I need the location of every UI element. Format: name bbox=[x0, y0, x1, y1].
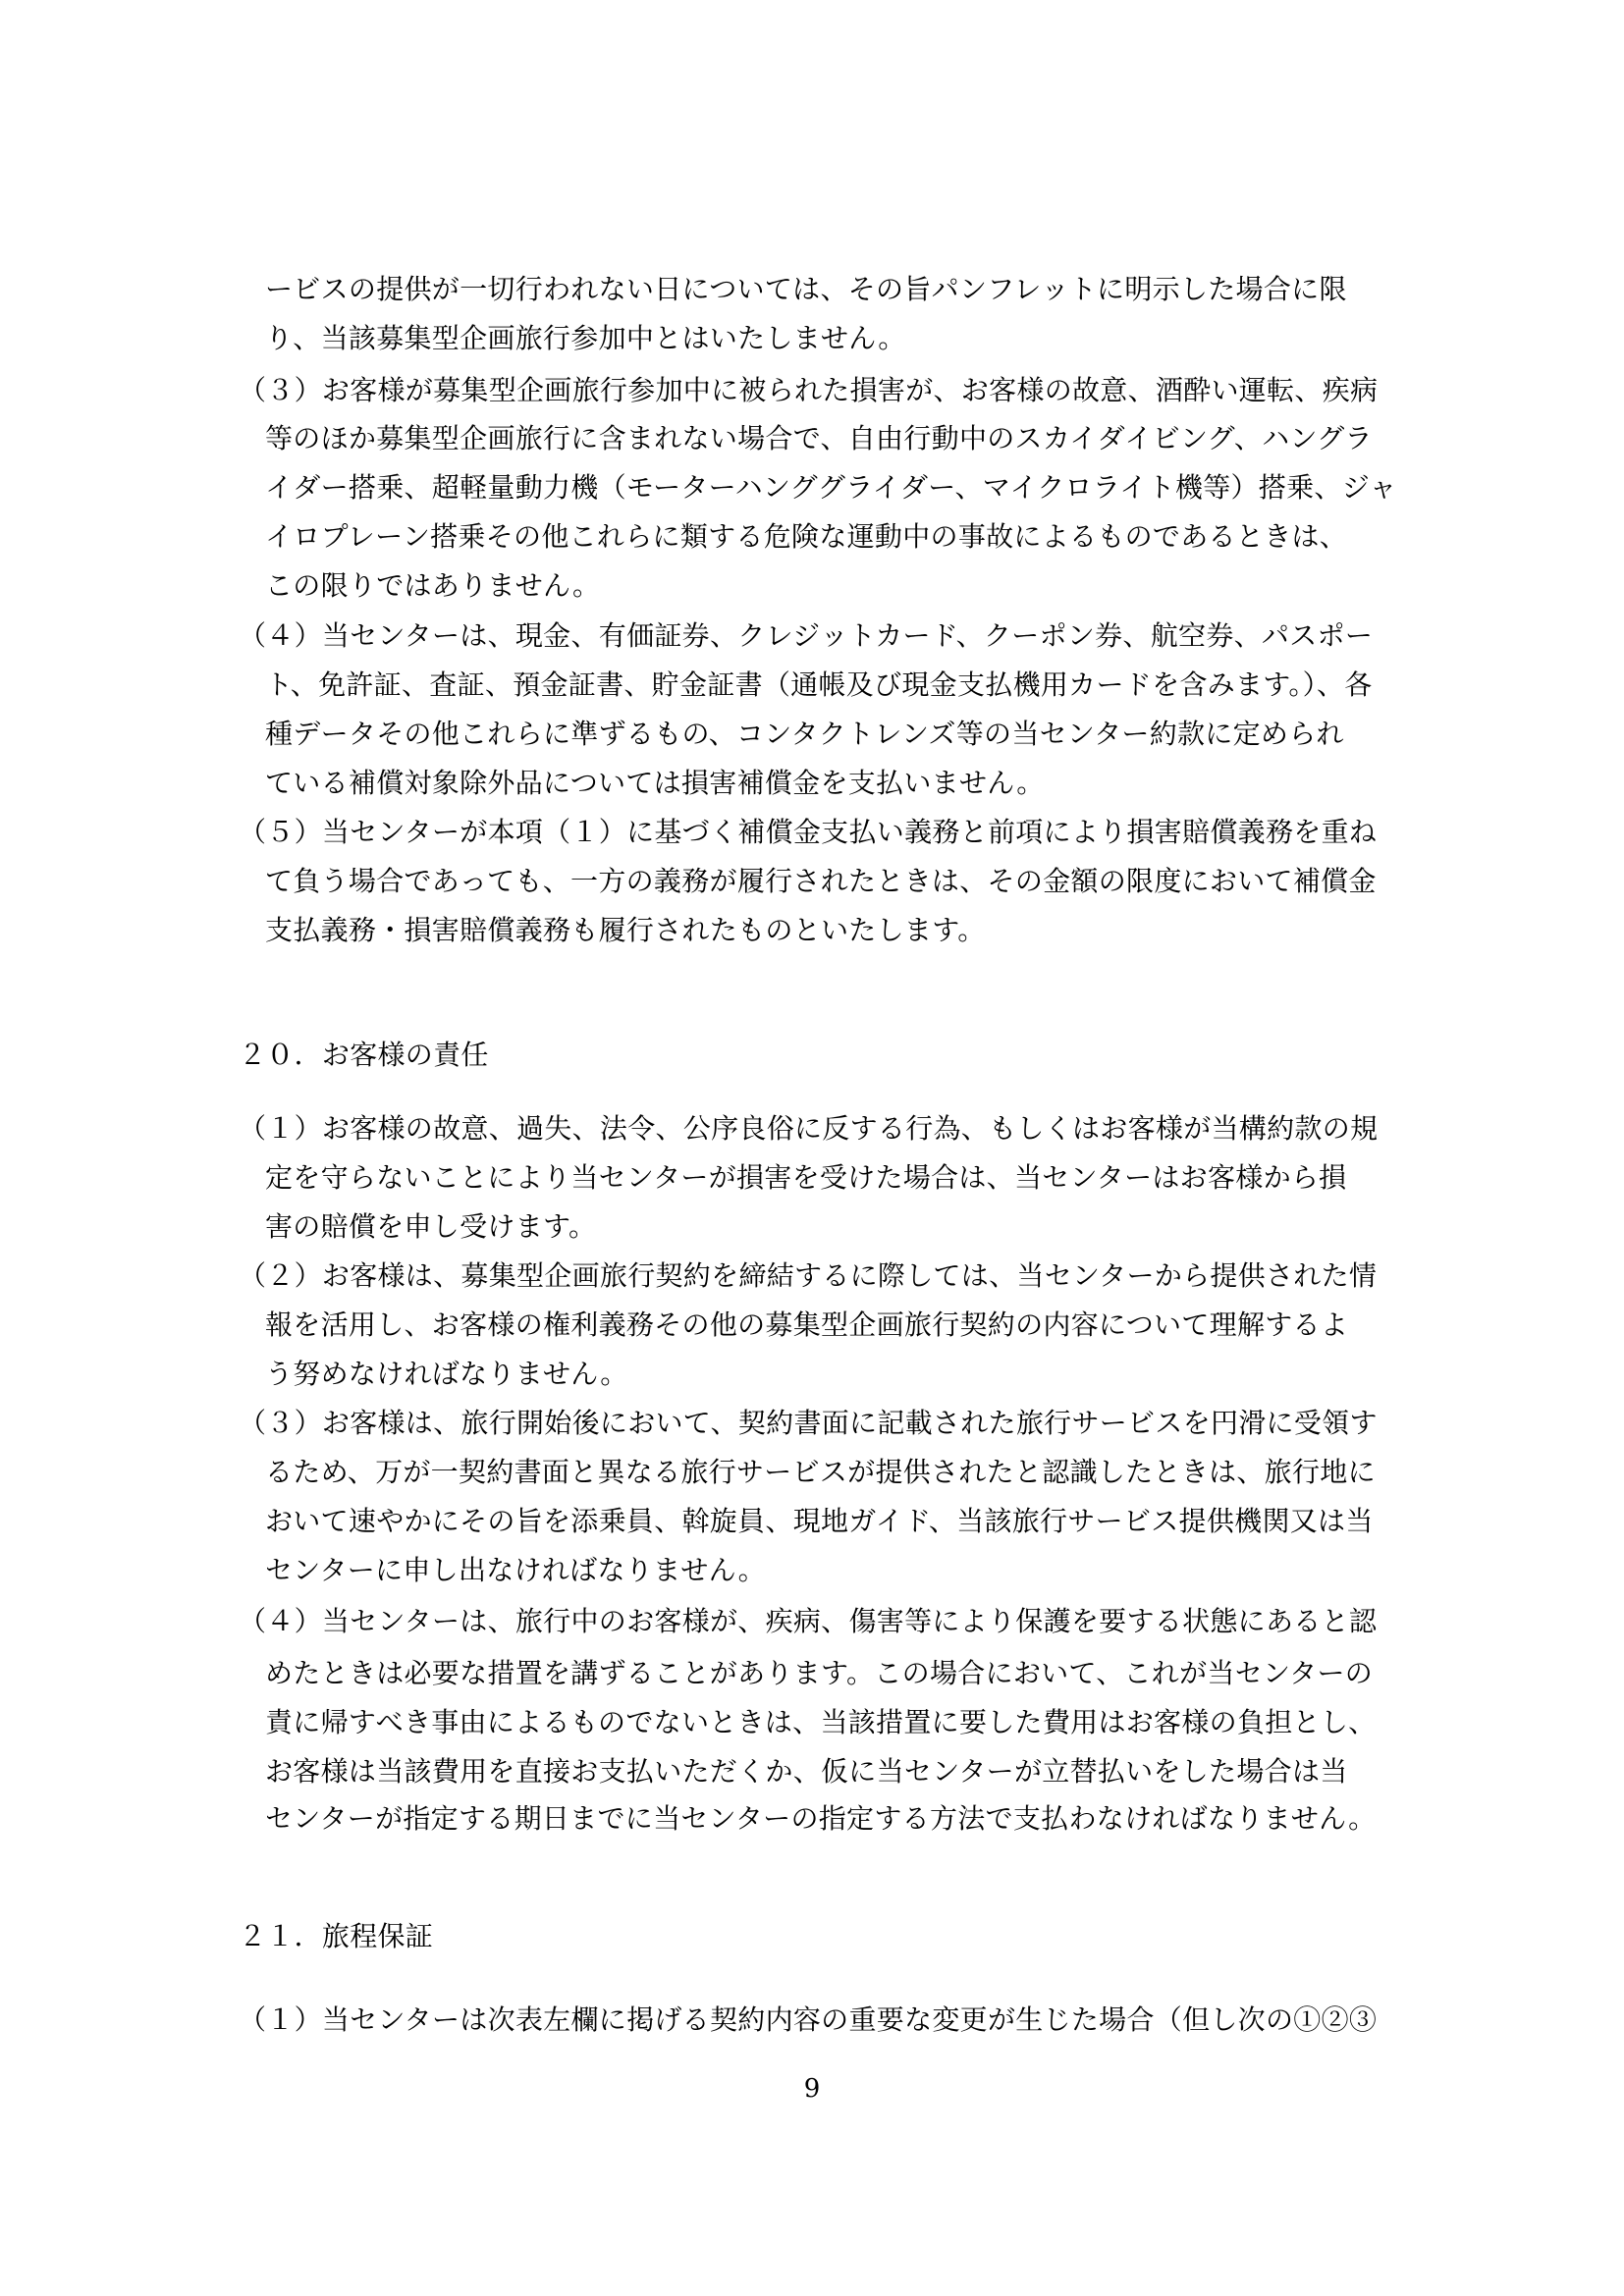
text-line: て負う場合であっても、一方の義務が履行されたときは、その金額の限度において補償金 bbox=[265, 865, 1377, 898]
text-line: 支払義務・損害賠償義務も履行されたものといたします。 bbox=[265, 914, 986, 947]
text-line: この限りではありません。 bbox=[265, 569, 600, 603]
text-line: センターに申し出なければなりません。 bbox=[265, 1554, 766, 1587]
text-line: う努めなければなりません。 bbox=[265, 1358, 628, 1391]
text-line: 責に帰すべき事由によるものでないときは、当該措置に要した費用はお客様の負担とし、 bbox=[265, 1706, 1376, 1739]
page-number: 9 bbox=[0, 2074, 1624, 2104]
text-line: （５）当センターが本項（１）に基づく補償金支払い義務と前項により損害賠償義務を重… bbox=[239, 816, 1377, 849]
text-line: り、当該募集型企画旅行参加中とはいたしません。 bbox=[265, 322, 906, 355]
text-line: イダー搭乗、超軽量動力機（モーターハンググライダー、マイクロライト機等）搭乗、ジ… bbox=[265, 471, 1397, 505]
text-line: （３）お客様は、旅行開始後において、契約書面に記載された旅行サービスを円滑に受領… bbox=[239, 1407, 1378, 1440]
text-line: （１）お客様の故意、過失、法令、公序良俗に反する行為、もしくはお客様が当構約款の… bbox=[239, 1112, 1378, 1146]
text-line: ている補償対象除外品については損害補償金を支払いません。 bbox=[265, 767, 1045, 800]
text-line: 害の賠償を申し受けます。 bbox=[265, 1210, 596, 1244]
text-line: （１）当センターは次表左欄に掲げる契約内容の重要な変更が生じた場合（但し次の①②… bbox=[239, 2003, 1377, 2037]
text-line: 定を守らないことにより当センターが損害を受けた場合は、当センターはお客様から損 bbox=[265, 1161, 1346, 1195]
text-line: （４）当センターは、現金、有価証券、クレジットカード、クーポン券、航空券、パスポ… bbox=[239, 619, 1373, 653]
document-page: ービスの提供が一切行われない日については、その旨パンフレットに明示した場合に限 … bbox=[0, 0, 1624, 2296]
text-line: 種データその他これらに準ずるもの、コンタクトレンズ等の当センター約款に定められ bbox=[265, 718, 1344, 751]
text-line: めたときは必要な措置を講ずることがあります。この場合において、これが当センターの bbox=[265, 1657, 1373, 1690]
text-line: ト、免許証、査証、預金証書、貯金証書（通帳及び現金支払機用カードを含みます。）、… bbox=[265, 668, 1373, 702]
text-line: センターが指定する期日までに当センターの指定する方法で支払わなければなりません。 bbox=[265, 1802, 1376, 1836]
text-line: ービスの提供が一切行われない日については、その旨パンフレットに明示した場合に限 bbox=[265, 273, 1347, 306]
text-line: （２）お客様は、募集型企画旅行契約を締結するに際しては、当センターから提供された… bbox=[239, 1259, 1377, 1293]
section-heading: ２０．お客様の責任 bbox=[239, 1039, 489, 1072]
text-line: るため、万が一契約書面と異なる旅行サービスが提供されたと認識したときは、旅行地に bbox=[265, 1456, 1376, 1489]
text-line: （３）お客様が募集型企画旅行参加中に被られた損害が、お客様の故意、酒酔い運転、疾… bbox=[239, 374, 1378, 407]
text-line: イロプレーン搭乗その他これらに類する危険な運動中の事故によるものであるときは、 bbox=[265, 520, 1347, 554]
text-line: おいて速やかにその旨を添乗員、斡旋員、現地ガイド、当該旅行サービス提供機関又は当 bbox=[265, 1505, 1374, 1538]
text-line: 報を活用し、お客様の権利義務その他の募集型企画旅行契約の内容について理解するよ bbox=[265, 1308, 1348, 1342]
text-line: 等のほか募集型企画旅行に含まれない場合で、自由行動中のスカイダイビング、ハングラ bbox=[265, 422, 1373, 455]
text-line: （４）当センターは、旅行中のお客様が、疾病、傷害等により保護を要する状態にあると… bbox=[239, 1605, 1377, 1638]
text-line: お客様は当該費用を直接お支払いただくか、仮に当センターが立替払いをした場合は当 bbox=[265, 1755, 1348, 1789]
section-heading: ２１．旅程保証 bbox=[239, 1920, 433, 1953]
